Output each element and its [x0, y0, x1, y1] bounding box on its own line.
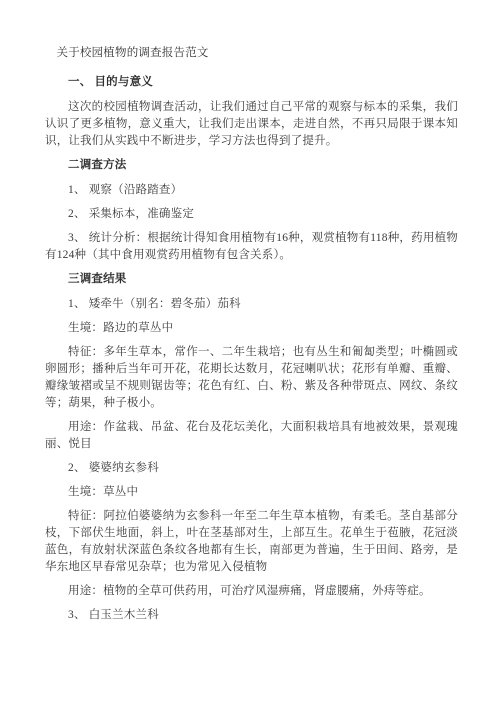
paragraph: 生境：草丛中	[45, 484, 458, 501]
list-item: 3、 统计分析：根据统计得知食用植物有16种，观赏植物有118种，药用植物有12…	[45, 230, 458, 264]
section-heading: 二调查方法	[45, 157, 458, 174]
list-item: 2、 采集标本，准确鉴定	[45, 206, 458, 223]
document-title: 关于校园植物的调查报告范文	[45, 45, 458, 62]
document-body: 一、 目的与意义这次的校园植物调查活动，让我们通过自己平常的观察与标本的采集，我…	[45, 74, 458, 624]
paragraph: 特征：多年生草本，常作一、二年生栽培；也有丛生和匍匐类型；叶椭圆或卵圆形；播种后…	[45, 344, 458, 412]
document-page: 关于校园植物的调查报告范文 一、 目的与意义这次的校园植物调查活动，让我们通过自…	[0, 0, 500, 707]
list-item: 3、 白玉兰木兰科	[45, 607, 458, 624]
section-heading: 三调查结果	[45, 271, 458, 288]
paragraph: 用途：作盆栽、吊盆、花台及花坛美化，大面积栽培具有地被效果，景观瑰丽、悦目	[45, 419, 458, 453]
list-item: 2、 婆婆纳玄参科	[45, 460, 458, 477]
paragraph: 特征：阿拉伯婆婆纳为玄参科一年至二年生草本植物，有柔毛。茎自基部分枝，下部伏生地…	[45, 508, 458, 576]
paragraph: 这次的校园植物调查活动，让我们通过自己平常的观察与标本的采集，我们认识了更多植物…	[45, 99, 458, 150]
list-item: 1、 矮牵牛（别名：碧冬茄）茄科	[45, 296, 458, 313]
paragraph: 生境：路边的草丛中	[45, 320, 458, 337]
section-heading: 一、 目的与意义	[45, 74, 458, 91]
list-item: 1、 观察（沿路踏查）	[45, 182, 458, 199]
paragraph: 用途：植物的全草可供药用，可治疗风湿痹痛，肾虚腰痛，外痔等症。	[45, 583, 458, 600]
